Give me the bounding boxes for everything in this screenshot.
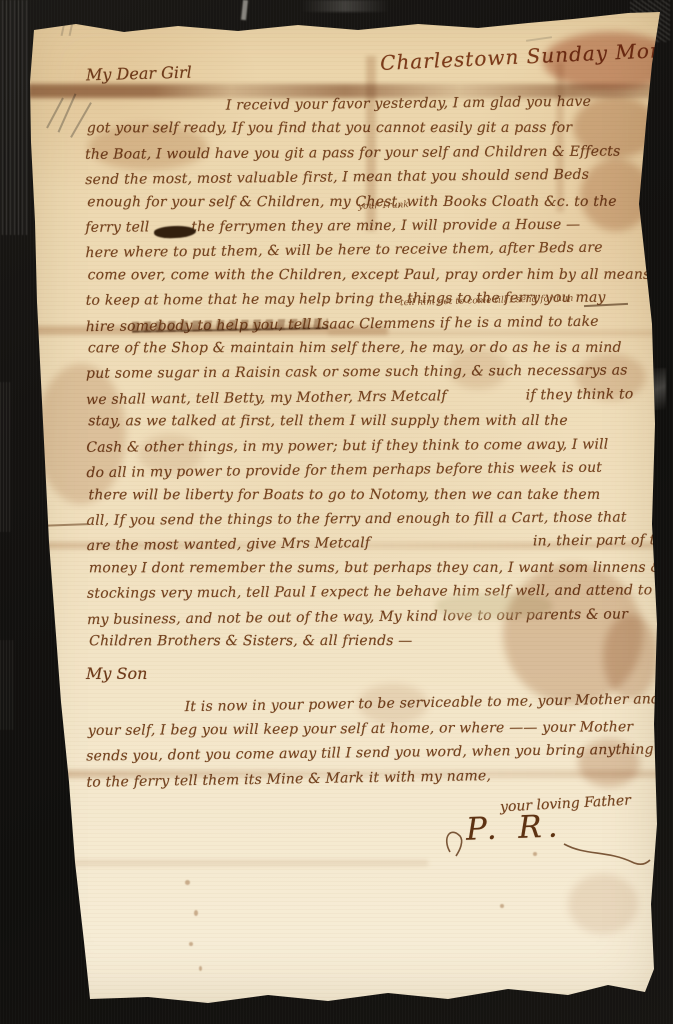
speck	[500, 904, 504, 908]
letter-body-son: It is now in your power to be serviceabl…	[86, 689, 662, 793]
pencil-annotation	[58, 93, 77, 132]
erased-patch	[436, 594, 552, 618]
salutation: My Dear Girl	[86, 63, 192, 85]
letter-line: here where to put them, & will be here t…	[85, 235, 672, 266]
section-heading: My Son	[86, 664, 147, 683]
letter-body: I receivd your favor yesterday, I am gla…	[85, 91, 673, 655]
speck	[185, 880, 190, 885]
margin-dash	[40, 523, 88, 527]
letter-line: money I dont remember the sums, but perh…	[89, 555, 673, 580]
pencil-annotation	[69, 22, 74, 36]
letter-line: stay, as we talked at first, tell them I…	[88, 409, 673, 434]
fold-line	[28, 860, 428, 866]
letter-line: care of the Shop & maintain him self the…	[88, 336, 673, 361]
scratch-mark	[241, 0, 248, 20]
speck	[189, 942, 193, 946]
stain	[568, 874, 638, 934]
letter-line: got your self ready, If you find that yo…	[87, 116, 673, 141]
letter-line: send the most, most valuable first, I me…	[85, 162, 672, 193]
letter-line: Children Brothers & Sisters, & all frien…	[89, 629, 673, 654]
scratch-mark	[0, 640, 14, 730]
scratch-mark	[2, 0, 28, 235]
letter-line: my business, and not be out of the way, …	[87, 601, 673, 632]
interlined-insertion: your Trunk	[358, 200, 409, 212]
letter-line: come over, come with the Children, excep…	[88, 263, 673, 288]
dateline: Charlestown Sunday Morng	[380, 37, 673, 75]
speck	[199, 966, 202, 971]
pencil-annotation	[46, 98, 64, 129]
scratch-mark	[300, 0, 390, 12]
signature-flourish	[436, 816, 656, 876]
speck	[194, 910, 198, 916]
pencil-annotation	[526, 36, 552, 42]
letter-page: Charlestown Sunday Morng My Dear Girl I …	[28, 4, 662, 1006]
letter-line: do all in my power to provide for them p…	[86, 455, 673, 486]
scratch-mark	[0, 382, 12, 532]
photograph-background: Charlestown Sunday Morng My Dear Girl I …	[0, 0, 673, 1024]
pencil-annotation	[61, 22, 66, 36]
letter-line: there will be liberty for Boats to go to…	[89, 482, 673, 507]
letter-line: we shall want, tell Betty, my Mother, Mr…	[86, 382, 673, 413]
letter-line: are the most wanted, give Mrs Metcalf in…	[87, 528, 673, 559]
